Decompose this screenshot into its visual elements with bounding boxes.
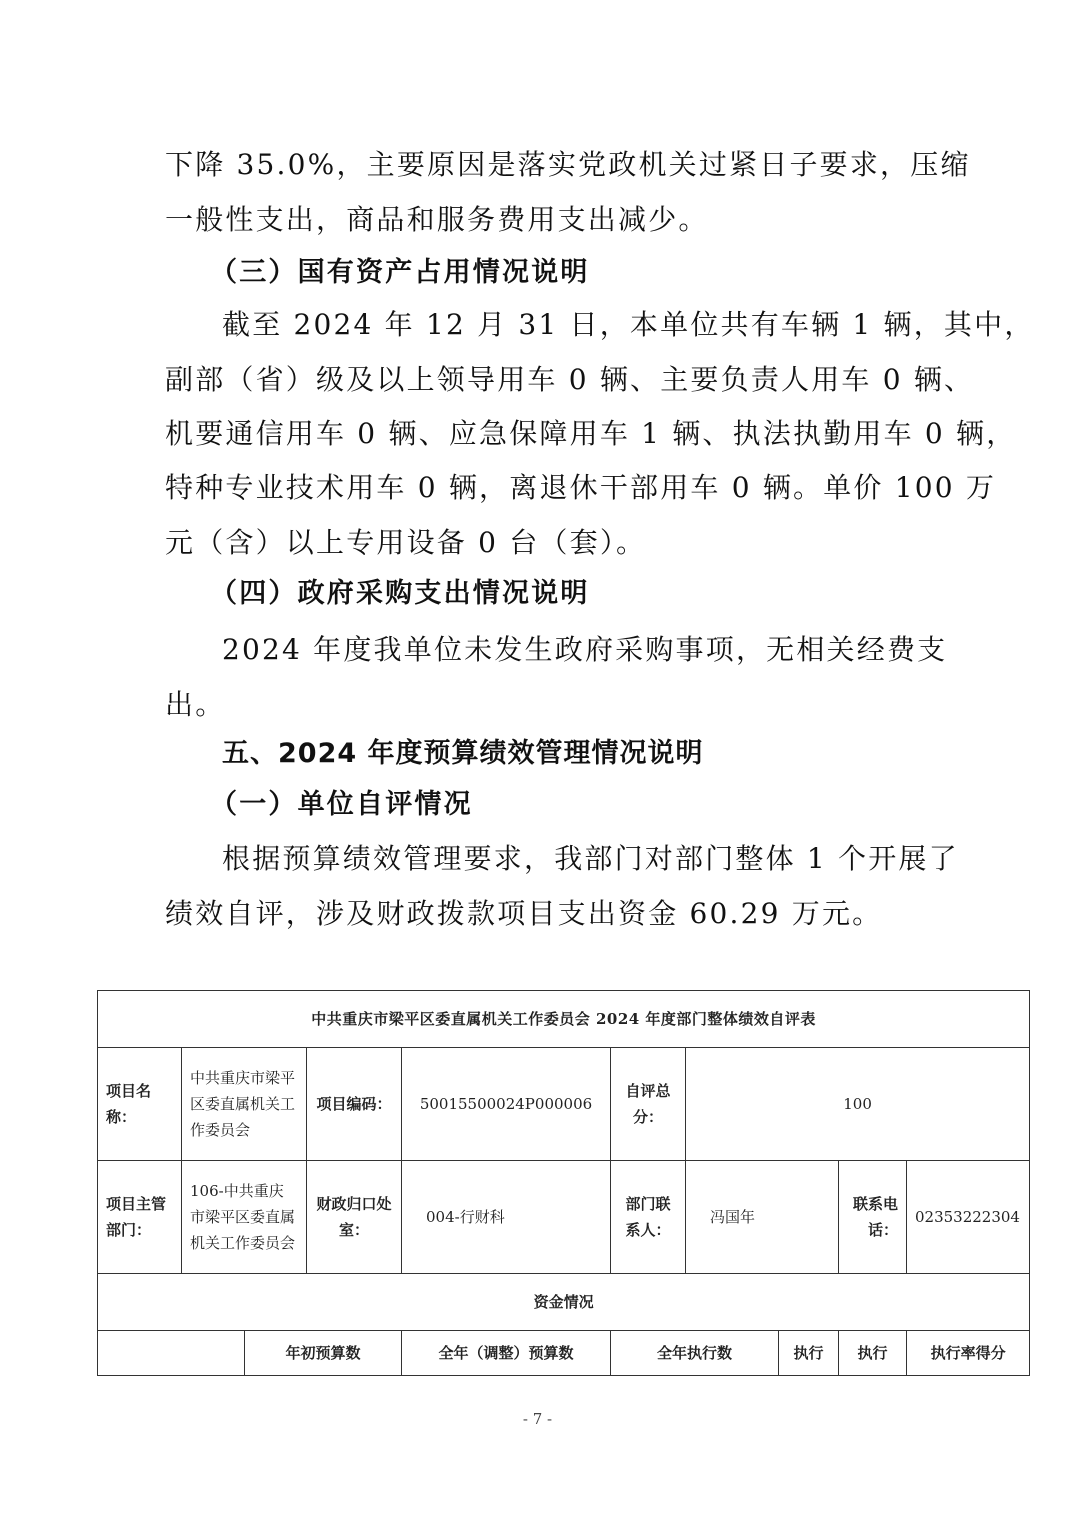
contact-value: 冯国年 <box>686 1161 839 1274</box>
funds-col-executed: 全年执行数 <box>611 1331 779 1376</box>
section-heading-assets: （三）国有资产占用情况说明 <box>210 245 960 300</box>
table-title: 中共重庆市梁平区委直属机关工作委员会 2024 年度部门整体绩效自评表 <box>98 991 1030 1048</box>
funds-col-initial-budget: 年初预算数 <box>245 1331 402 1376</box>
dept-label: 项目主管部门： <box>98 1161 182 1274</box>
paragraph-line: 元（含）以上专用设备 0 台（套）。 <box>165 515 915 570</box>
paragraph-line: 绩效自评，涉及财政拨款项目支出资金 60.29 万元。 <box>165 886 915 941</box>
section-heading-self-eval: （一）单位自评情况 <box>210 777 960 832</box>
paragraph-line: 机要通信用车 0 辆、应急保障用车 1 辆、执法执勤用车 0 辆， <box>165 406 915 461</box>
finance-office-label: 财政归口处室： <box>307 1161 402 1274</box>
phone-label: 联系电话： <box>839 1161 907 1274</box>
paragraph-line: 根据预算绩效管理要求，我部门对部门整体 1 个开展了 <box>222 831 972 886</box>
section-heading-performance: 五、2024 年度预算绩效管理情况说明 <box>222 726 972 781</box>
project-name-label: 项目名称： <box>98 1048 182 1161</box>
paragraph-line: 下降 35.0%，主要原因是落实党政机关过紧日子要求，压缩 <box>165 137 915 192</box>
phone-value: 02353222304 <box>907 1161 1030 1274</box>
paragraph-line: 出。 <box>165 677 915 732</box>
score-value: 100 <box>686 1048 1030 1161</box>
funds-col-execution-1: 执行 <box>779 1331 839 1376</box>
finance-office-value: 004-行财科 <box>402 1161 611 1274</box>
funds-col-execution-score: 执行率得分 <box>907 1331 1030 1376</box>
contact-label: 部门联系人： <box>611 1161 686 1274</box>
dept-value: 106-中共重庆市梁平区委直属机关工作委员会 <box>182 1161 307 1274</box>
project-name-value: 中共重庆市梁平区委直属机关工作委员会 <box>182 1048 307 1161</box>
funds-section-header: 资金情况 <box>98 1274 1030 1331</box>
funds-col-execution-2: 执行 <box>839 1331 907 1376</box>
project-code-value: 50015500024P000006 <box>402 1048 611 1161</box>
paragraph-line: 截至 2024 年 12 月 31 日，本单位共有车辆 1 辆，其中， <box>222 297 972 352</box>
section-heading-procurement: （四）政府采购支出情况说明 <box>210 566 960 621</box>
funds-col-adjusted-budget: 全年（调整）预算数 <box>402 1331 611 1376</box>
performance-self-evaluation-table: 中共重庆市梁平区委直属机关工作委员会 2024 年度部门整体绩效自评表 项目名称… <box>97 990 1030 1376</box>
paragraph-line: 副部（省）级及以上领导用车 0 辆、主要负责人用车 0 辆、 <box>165 352 915 407</box>
project-code-label: 项目编码： <box>307 1048 402 1161</box>
paragraph-line: 一般性支出，商品和服务费用支出减少。 <box>165 192 915 247</box>
page-number: - 7 - <box>0 1410 1075 1428</box>
paragraph-line: 特种专业技术用车 0 辆，离退休干部用车 0 辆。单价 100 万 <box>165 460 915 515</box>
funds-col-blank <box>98 1331 245 1376</box>
paragraph-line: 2024 年度我单位未发生政府采购事项，无相关经费支 <box>222 622 972 677</box>
score-label: 自评总分： <box>611 1048 686 1161</box>
